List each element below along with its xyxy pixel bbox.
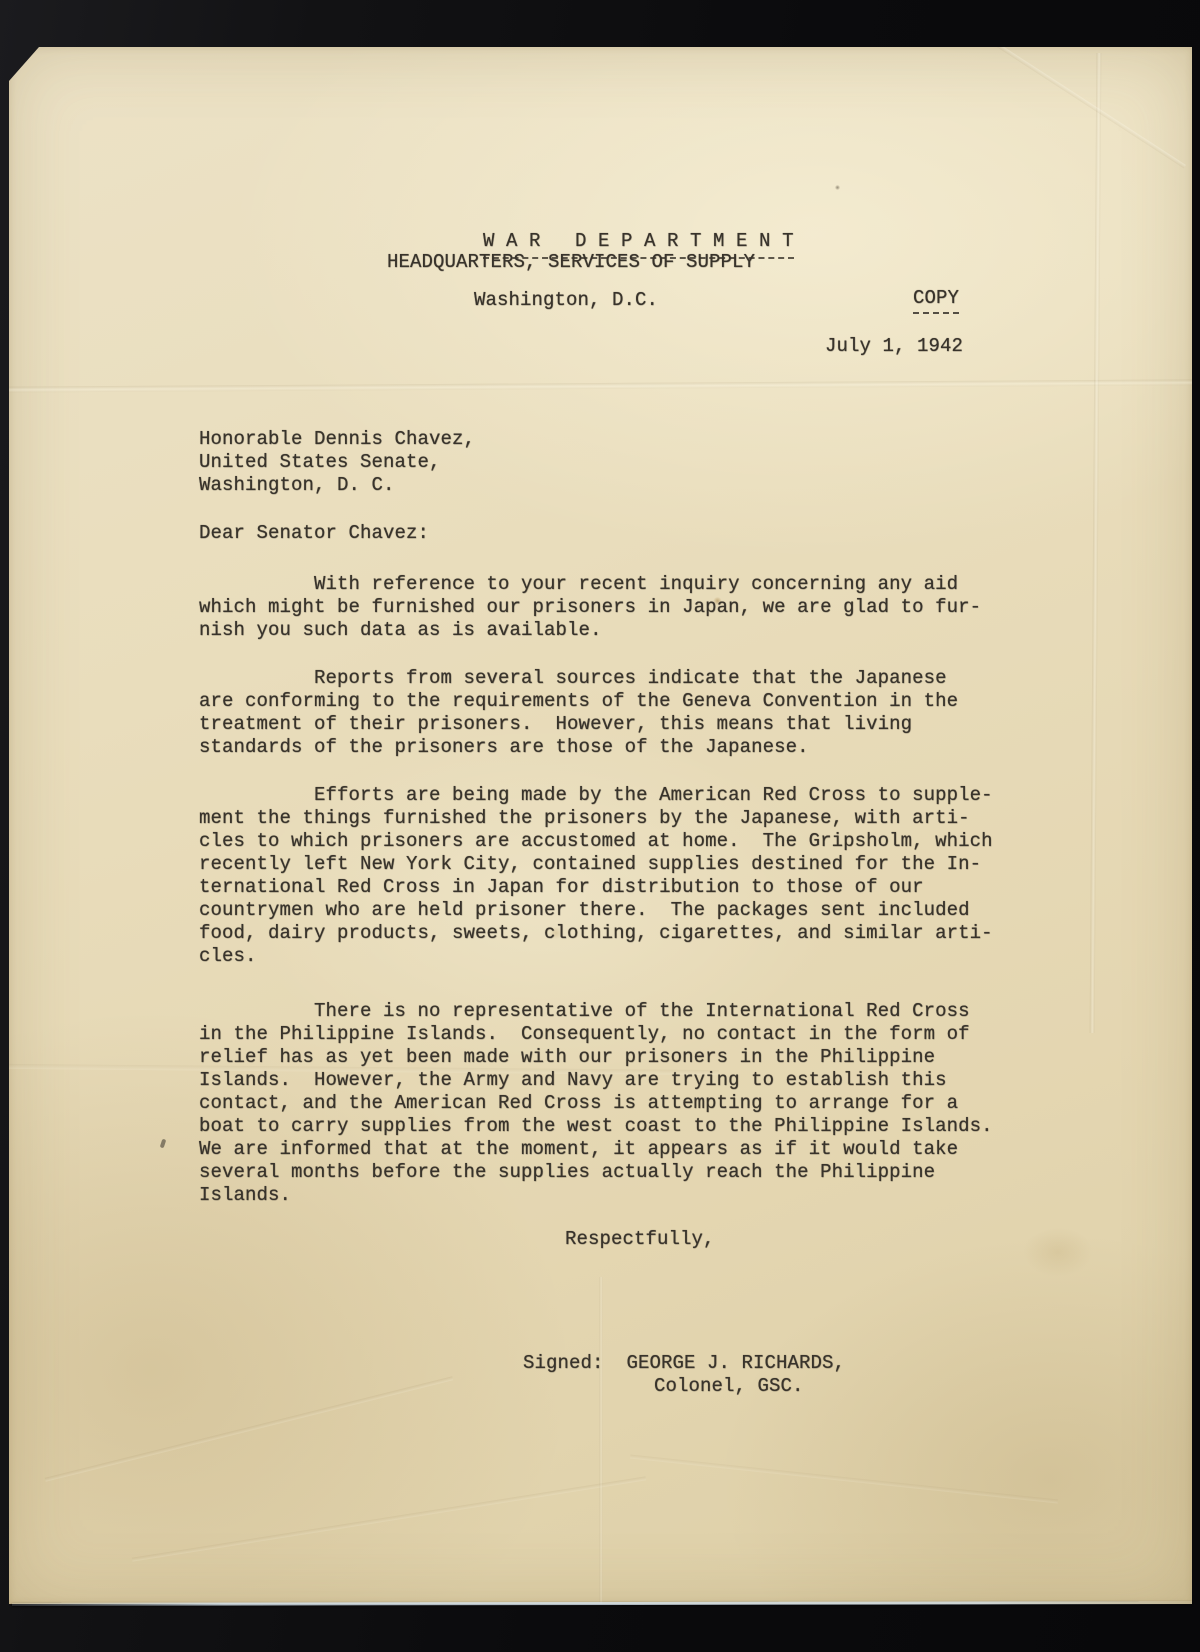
letterhead-office: HEADQUARTERS, SERVICES OF SUPPLY bbox=[387, 251, 755, 274]
paragraph-4: There is no representative of the Intern… bbox=[199, 1000, 993, 1207]
paragraph-3: Efforts are being made by the American R… bbox=[199, 784, 993, 968]
corner-crease bbox=[932, 2, 1186, 169]
stain bbox=[1023, 1227, 1093, 1277]
crease-vertical-right bbox=[1090, 53, 1102, 1033]
wrinkle bbox=[132, 1476, 646, 1561]
signature-signed-line: Signed: GEORGE J. RICHARDS, bbox=[523, 1352, 845, 1375]
letterhead-city: Washington, D.C. bbox=[474, 289, 658, 312]
salutation: Dear Senator Chavez: bbox=[199, 522, 429, 545]
fold-crease-horizontal bbox=[9, 379, 1192, 392]
copy-underlined-text: COPY bbox=[913, 287, 959, 314]
crease-vertical-center bbox=[599, 1277, 603, 1607]
copy-stamp: COPY bbox=[844, 264, 959, 337]
letter-paper: W A R D E P A R T M E N T HEADQUARTERS, … bbox=[9, 47, 1192, 1604]
closing-respectfully: Respectfully, bbox=[565, 1228, 715, 1251]
recipient-address: Honorable Dennis Chavez, United States S… bbox=[199, 428, 475, 497]
wrinkle bbox=[630, 1455, 1058, 1504]
letter-date: July 1, 1942 bbox=[825, 335, 963, 358]
paper-bottom-edge-highlight bbox=[12, 1601, 1192, 1605]
paragraph-2: Reports from several sources indicate th… bbox=[199, 667, 958, 759]
ink-speck bbox=[835, 185, 840, 190]
wrinkle bbox=[45, 1376, 453, 1481]
photo-backdrop: W A R D E P A R T M E N T HEADQUARTERS, … bbox=[0, 0, 1200, 1652]
paragraph-1: With reference to your recent inquiry co… bbox=[199, 573, 981, 642]
signature-title-line: Colonel, GSC. bbox=[654, 1375, 804, 1398]
stray-mark bbox=[160, 1139, 167, 1149]
